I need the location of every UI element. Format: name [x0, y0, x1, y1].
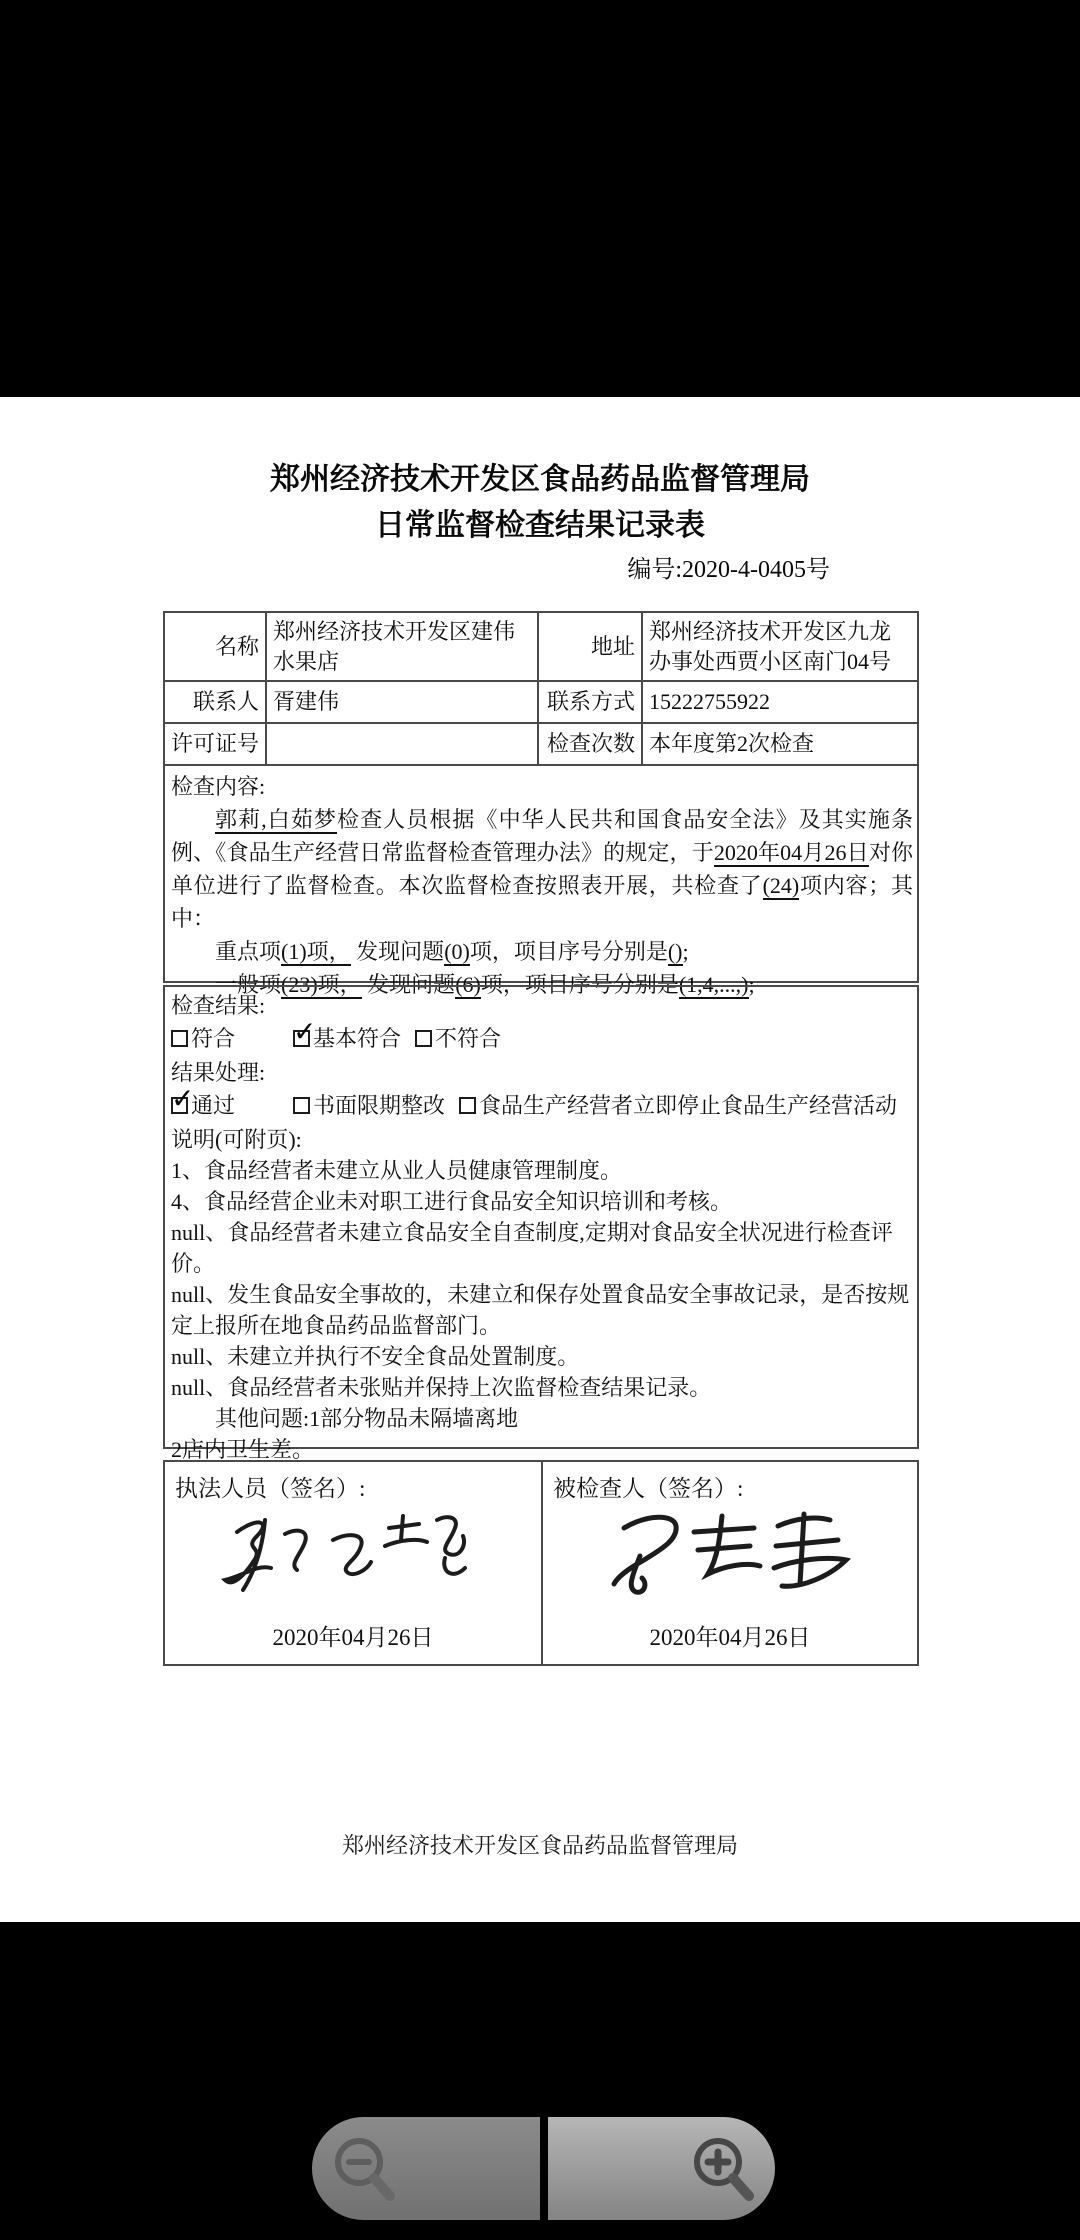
- option-unchecked: 符合: [171, 1023, 235, 1054]
- info-value-cell: 郑州经济技术开发区建伟水果店: [266, 612, 538, 681]
- content-text: 项，项目序号分别是: [470, 939, 668, 964]
- handwritten-signature-inspected: [590, 1506, 870, 1602]
- magnifier-minus-icon: [328, 2133, 400, 2205]
- check-mark-icon: ✓: [171, 1085, 194, 1113]
- document-title-line2: 日常监督检查结果记录表: [0, 503, 1080, 549]
- inspection-content-heading: 检查内容:: [171, 770, 913, 803]
- info-label-cell: 检查次数: [538, 723, 642, 765]
- phone-screen: { "page": { "background": "#000000", "pa…: [0, 0, 1080, 2240]
- document-number: 编号:2020-4-0405号: [627, 549, 830, 584]
- info-value-cell: 郑州经济技术开发区九龙办事处西贾小区南门04号: [642, 612, 918, 681]
- info-table-row: 名称郑州经济技术开发区建伟水果店地址郑州经济技术开发区九龙办事处西贾小区南门04…: [164, 612, 918, 681]
- content-text: 重点项: [215, 939, 281, 964]
- option-label: 基本符合: [313, 1023, 401, 1054]
- empty-checkbox-icon: [293, 1097, 310, 1114]
- empty-checkbox-icon: [459, 1097, 476, 1114]
- zoom-out-button[interactable]: [312, 2117, 540, 2220]
- info-table-row: 联系人胥建伟联系方式15222755922: [164, 681, 918, 723]
- inspected-signature-label: 被检查人（签名）:: [553, 1470, 907, 1503]
- result-options-row1: 符合✓基本符合不符合: [171, 1023, 913, 1054]
- filled-in-value: (0): [444, 939, 470, 966]
- document-title-line1: 郑州经济技术开发区食品药品监督管理局: [0, 457, 1080, 503]
- findings-list: 1、食品经营者未建立从业人员健康管理制度。4、食品经营企业未对职工进行食品安全知…: [171, 1155, 913, 1465]
- info-label-cell: 地址: [538, 612, 642, 681]
- document-page: 郑州经济技术开发区食品药品监督管理局 日常监督检查结果记录表 编号:2020-4…: [0, 397, 1080, 1922]
- info-label-cell: 联系人: [164, 681, 266, 723]
- empty-checkbox-icon: [171, 1030, 188, 1047]
- option-unchecked: 书面限期整改: [293, 1090, 445, 1121]
- result-options-row2: ✓通过书面限期整改食品生产经营者立即停止食品生产经营活动: [171, 1090, 913, 1121]
- zoom-in-button[interactable]: [548, 2117, 776, 2220]
- content-text: 发现问题: [351, 939, 445, 964]
- document-footer: 郑州经济技术开发区食品药品监督管理局: [0, 1829, 1080, 1860]
- result-note-label: 说明(可附页):: [171, 1124, 913, 1155]
- zoom-control-bar: [312, 2117, 775, 2220]
- option-label: 书面限期整改: [313, 1090, 445, 1121]
- result-handling-heading: 结果处理:: [171, 1057, 913, 1088]
- content-text: ;: [683, 939, 689, 964]
- inspection-result-heading: 检查结果:: [171, 990, 913, 1021]
- inspected-signature-date: 2020年04月26日: [543, 1619, 917, 1652]
- info-label-cell: 许可证号: [164, 723, 266, 765]
- info-value-cell: 本年度第2次检查: [642, 723, 918, 765]
- finding-item: 4、食品经营企业未对职工进行食品安全知识培训和考核。: [171, 1186, 913, 1217]
- finding-item: null、未建立并执行不安全食品处置制度。: [171, 1341, 913, 1372]
- signature-table: 执法人员（签名）: 2020年04月26日 被检查人（签名）:: [163, 1460, 917, 1666]
- empty-checkbox-icon: [415, 1030, 432, 1047]
- handwritten-signature-enforcers: [213, 1506, 493, 1598]
- inspection-content-line: 重点项(1)项， 发现问题(0)项，项目序号分别是();: [171, 935, 913, 968]
- checked-checkbox-icon: ✓: [171, 1097, 188, 1114]
- inspection-content-cell: 检查内容: 郭莉,白茹梦检查人员根据《中华人民共和国食品安全法》及其实施条例、《…: [163, 766, 919, 983]
- check-mark-icon: ✓: [293, 1018, 316, 1046]
- inspected-signature-cell: 被检查人（签名）: 2020年04月26日: [542, 1461, 918, 1665]
- info-label-cell: 联系方式: [538, 681, 642, 723]
- info-value-cell: [266, 723, 538, 765]
- finding-item: 1、食品经营者未建立从业人员健康管理制度。: [171, 1155, 913, 1186]
- option-label: 通过: [191, 1090, 235, 1121]
- enforcer-signature-label: 执法人员（签名）:: [175, 1470, 531, 1503]
- info-table-row: 许可证号检查次数本年度第2次检查: [164, 723, 918, 765]
- filled-in-value: (24): [763, 873, 800, 900]
- enforcer-signature-date: 2020年04月26日: [165, 1619, 541, 1652]
- document-title: 郑州经济技术开发区食品药品监督管理局 日常监督检查结果记录表: [0, 457, 1080, 549]
- info-table: 名称郑州经济技术开发区建伟水果店地址郑州经济技术开发区九龙办事处西贾小区南门04…: [163, 611, 917, 983]
- finding-item: 其他问题:1部分物品未隔墙离地: [171, 1403, 913, 1434]
- option-label: 食品生产经营者立即停止食品生产经营活动: [479, 1090, 897, 1121]
- info-value-cell: 15222755922: [642, 681, 918, 723]
- finding-item: null、发生食品安全事故的，未建立和保存处置食品安全事故记录，是否按规定上报所…: [171, 1279, 913, 1341]
- checked-checkbox-icon: ✓: [293, 1030, 310, 1047]
- filled-in-value: (1)项，: [281, 939, 351, 966]
- enforcer-signature-cell: 执法人员（签名）: 2020年04月26日: [164, 1461, 542, 1665]
- option-checked: ✓通过: [171, 1090, 235, 1121]
- inspection-content-line: 郭莉,白茹梦检查人员根据《中华人民共和国食品安全法》及其实施条例、《食品生产经营…: [171, 803, 913, 935]
- info-label-cell: 名称: [164, 612, 266, 681]
- finding-item: null、食品经营者未建立食品安全自查制度,定期对食品安全状况进行检查评价。: [171, 1217, 913, 1279]
- finding-item: null、食品经营者未张贴并保持上次监督检查结果记录。: [171, 1372, 913, 1403]
- option-unchecked: 食品生产经营者立即停止食品生产经营活动: [459, 1090, 897, 1121]
- info-table-body: 名称郑州经济技术开发区建伟水果店地址郑州经济技术开发区九龙办事处西贾小区南门04…: [164, 612, 918, 765]
- magnifier-plus-icon: [687, 2133, 759, 2205]
- option-unchecked: 不符合: [415, 1023, 501, 1054]
- option-label: 不符合: [435, 1023, 501, 1054]
- info-value-cell: 胥建伟: [266, 681, 538, 723]
- option-checked: ✓基本符合: [293, 1023, 401, 1054]
- filled-in-value: (): [668, 939, 683, 966]
- filled-in-value: 郭莉,白茹梦: [215, 807, 337, 834]
- filled-in-value: 2020年04月26日: [714, 840, 869, 867]
- option-label: 符合: [191, 1023, 235, 1054]
- inspection-result-cell: 检查结果: 符合✓基本符合不符合 结果处理: ✓通过书面限期整改食品生产经营者立…: [163, 985, 919, 1449]
- inspection-content-lines: 郭莉,白茹梦检查人员根据《中华人民共和国食品安全法》及其实施条例、《食品生产经营…: [171, 803, 913, 1001]
